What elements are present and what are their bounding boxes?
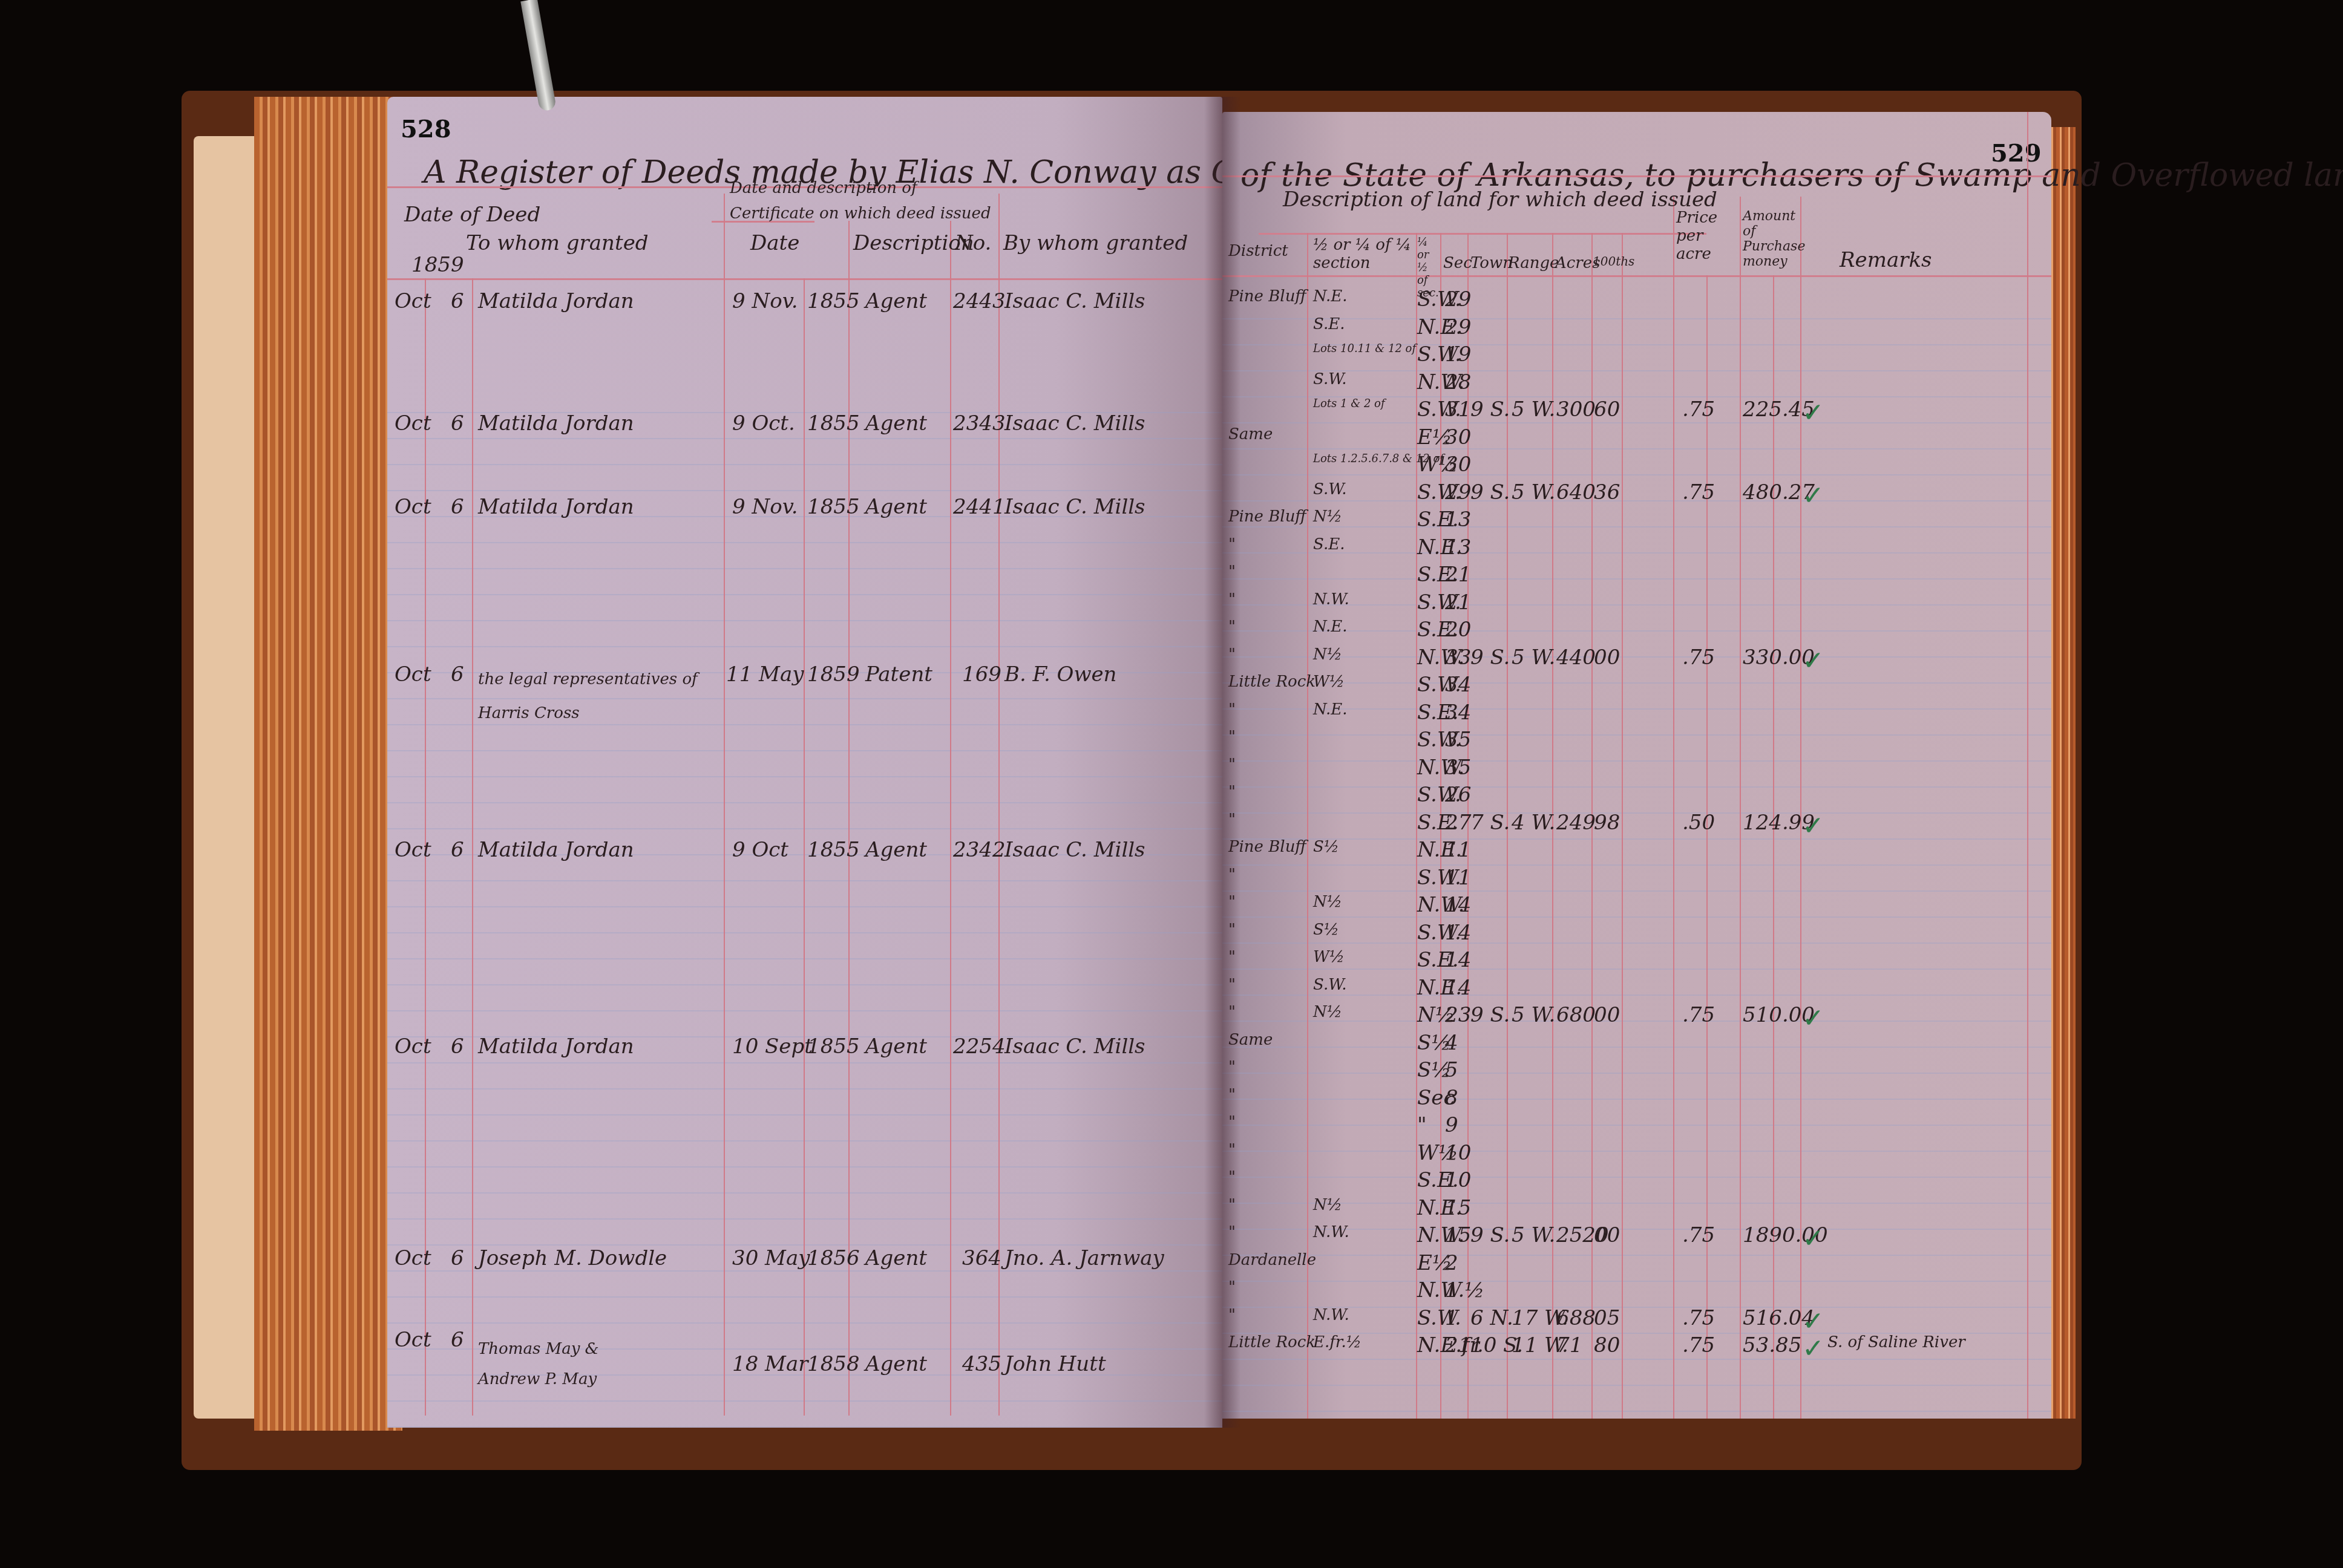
verified-check-icon: ✓ xyxy=(1802,1223,1824,1254)
header-part-of-quarter: ½ or ¼ of ¼ section xyxy=(1313,236,1416,272)
land-range: 5 W. xyxy=(1512,645,1555,670)
land-part: S.E. xyxy=(1313,535,1345,554)
land-sec: 23 xyxy=(1445,1003,1471,1027)
land-part: W½ xyxy=(1313,673,1345,691)
land-part: N.E. xyxy=(1313,287,1348,305)
land-sec: 34 xyxy=(1445,701,1471,725)
land-acres: 440 xyxy=(1556,645,1596,670)
land-sec: 28 xyxy=(1445,370,1471,394)
land-price: .75 xyxy=(1682,480,1715,505)
blue-ruling xyxy=(387,387,1222,1428)
land-sec: 20 xyxy=(1445,618,1471,642)
land-sec: 10 xyxy=(1445,1141,1471,1165)
land-sec: 14 xyxy=(1445,921,1471,945)
land-sec: 1 xyxy=(1445,1306,1458,1330)
land-amount: 53.85 xyxy=(1743,1333,1801,1357)
land-hundredths: 00 xyxy=(1594,645,1620,670)
land-sec: 27 xyxy=(1445,811,1471,835)
land-sec: 21 xyxy=(1445,590,1471,615)
land-sec: 14 xyxy=(1445,893,1471,917)
land-sec: 11 xyxy=(1445,838,1471,862)
land-town: 7 S. xyxy=(1470,811,1510,835)
header-amount: Amount of Purchase money xyxy=(1743,209,1800,269)
land-sec: 13 xyxy=(1445,508,1471,532)
land-part: W½ xyxy=(1313,948,1345,966)
header-year: 1859 xyxy=(411,253,464,277)
land-acres: 688 xyxy=(1556,1306,1596,1330)
land-acres: 249 xyxy=(1556,811,1596,835)
verified-check-icon: ✓ xyxy=(1802,480,1824,511)
land-part: S.W. xyxy=(1313,480,1347,498)
header-cert-no: No. xyxy=(955,231,991,255)
land-district: Dardanelle xyxy=(1228,1251,1316,1269)
land-part: N.W. xyxy=(1313,590,1349,609)
land-sec: 10 xyxy=(1445,1168,1471,1192)
land-price: .75 xyxy=(1682,1333,1715,1357)
land-town: 9 S. xyxy=(1470,480,1510,505)
land-hundredths: 00 xyxy=(1594,1223,1620,1247)
land-part: N½ xyxy=(1313,893,1342,911)
header-certificate-group: Date and description of Certificate on w… xyxy=(730,175,996,226)
land-range: 5 W. xyxy=(1512,1223,1555,1247)
land-sec: 15 xyxy=(1445,1196,1471,1220)
header-to-whom: To whom granted xyxy=(466,231,649,255)
header-range: Range xyxy=(1508,254,1559,272)
land-sec: 14 xyxy=(1445,948,1471,972)
land-part: N½ xyxy=(1313,1196,1342,1214)
land-sec: 8 xyxy=(1445,1086,1458,1110)
land-sec: 21 xyxy=(1445,563,1471,587)
land-hundredths: 05 xyxy=(1594,1306,1620,1330)
land-sec: 4 xyxy=(1445,1031,1458,1055)
land-sec: 21 xyxy=(1445,1333,1471,1357)
land-part: Lots 10.11 & 12 of xyxy=(1313,342,1416,355)
land-sec: 29 xyxy=(1445,315,1471,339)
land-acres: 71 xyxy=(1556,1333,1582,1357)
land-sec: 29 xyxy=(1445,480,1471,505)
land-hundredths: 60 xyxy=(1594,397,1620,422)
land-part: N.E. xyxy=(1313,701,1348,719)
land-part: N.W. xyxy=(1313,1223,1349,1241)
land-price: .50 xyxy=(1682,811,1715,835)
land-sec: 2 xyxy=(1445,1251,1458,1275)
land-sec: 19 xyxy=(1445,342,1471,367)
land-acres: 680 xyxy=(1556,1003,1596,1027)
verified-check-icon: ✓ xyxy=(1802,1333,1824,1364)
land-sec: 30 xyxy=(1445,452,1471,477)
land-part: N½ xyxy=(1313,508,1342,526)
land-sec: 29 xyxy=(1445,287,1471,312)
header-date-of-deed: Date of Deed xyxy=(404,203,540,227)
land-part: Lots 1 & 2 of xyxy=(1313,397,1385,410)
land-part: S½ xyxy=(1313,838,1339,856)
land-hundredths: 00 xyxy=(1594,1003,1620,1027)
verified-check-icon: ✓ xyxy=(1802,1003,1824,1034)
land-sec: 5 xyxy=(1445,1058,1458,1082)
land-part: N½ xyxy=(1313,645,1342,664)
land-town: 9 S. xyxy=(1470,645,1510,670)
land-part: N.W. xyxy=(1313,1306,1349,1324)
land-price: .75 xyxy=(1682,397,1715,422)
flyleaf-edge xyxy=(194,136,260,1419)
land-price: .75 xyxy=(1682,1223,1715,1247)
land-sec: 33 xyxy=(1445,645,1471,670)
header-town: Town xyxy=(1470,254,1513,272)
header-hundredths: 100ths xyxy=(1593,254,1634,269)
land-sec: 35 xyxy=(1445,756,1471,780)
land-town: 6 N. xyxy=(1470,1306,1513,1330)
verified-check-icon: ✓ xyxy=(1802,1306,1824,1337)
land-acres: 300 xyxy=(1556,397,1596,422)
page-block-left xyxy=(254,97,402,1431)
land-town: 9 S. xyxy=(1470,1223,1510,1247)
land-part: N.E. xyxy=(1313,618,1348,636)
land-part: S.W. xyxy=(1313,976,1347,994)
land-part: E.fr.½ xyxy=(1313,1333,1362,1351)
land-quarter: " xyxy=(1417,1113,1427,1137)
land-town: 9 S. xyxy=(1470,1003,1510,1027)
left-page: 528 A Register of Deeds made by Elias N.… xyxy=(387,97,1222,1428)
land-town: 9 S. xyxy=(1470,397,1510,422)
header-by-whom: By whom granted xyxy=(1003,231,1188,255)
header-remarks: Remarks xyxy=(1840,248,1932,272)
land-sec: 15 xyxy=(1445,1223,1471,1247)
land-sec: 35 xyxy=(1445,728,1471,752)
land-sec: 13 xyxy=(1445,535,1471,560)
land-part: S½ xyxy=(1313,921,1339,939)
verified-check-icon: ✓ xyxy=(1802,397,1824,428)
land-part: N½ xyxy=(1313,1003,1342,1021)
land-district: Little Rock xyxy=(1228,673,1316,691)
land-district: Little Rock xyxy=(1228,1333,1316,1351)
land-hundredths: 80 xyxy=(1594,1333,1620,1357)
header-price: Price per acre xyxy=(1676,209,1737,263)
land-sec: 9 xyxy=(1445,1113,1458,1137)
land-sec: 34 xyxy=(1445,673,1471,697)
land-sec: 30 xyxy=(1445,425,1471,449)
land-price: .75 xyxy=(1682,1306,1715,1330)
page-number: 528 xyxy=(401,115,451,143)
header-cert-date: Date xyxy=(750,231,799,255)
land-sec: 1 xyxy=(1445,1278,1458,1302)
land-range: 5 W. xyxy=(1512,480,1555,505)
verified-check-icon: ✓ xyxy=(1802,811,1824,841)
verified-check-icon: ✓ xyxy=(1802,645,1824,676)
land-price: .75 xyxy=(1682,645,1715,670)
land-part: S.E. xyxy=(1313,315,1345,333)
land-acres: 640 xyxy=(1556,480,1596,505)
land-range: 5 W. xyxy=(1512,1003,1555,1027)
land-hundredths: 36 xyxy=(1594,480,1620,505)
right-page: 529 of the State of Arkansas, to purchas… xyxy=(1222,112,2051,1419)
land-sec: 14 xyxy=(1445,976,1471,1000)
land-hundredths: 98 xyxy=(1594,811,1620,835)
book-gutter xyxy=(1204,97,1240,1428)
land-sec: 26 xyxy=(1445,783,1471,807)
land-range: 4 W. xyxy=(1512,811,1555,835)
land-range: 5 W. xyxy=(1512,397,1555,422)
land-remark: S. of Saline River xyxy=(1827,1333,1965,1351)
land-part: S.W. xyxy=(1313,370,1347,388)
header-sec: Sec xyxy=(1443,254,1472,272)
header-land-group: Description of land for which deed issue… xyxy=(1283,188,1717,212)
land-sec: 11 xyxy=(1445,866,1471,890)
land-price: .75 xyxy=(1682,1003,1715,1027)
land-sec: 31 xyxy=(1445,397,1471,422)
